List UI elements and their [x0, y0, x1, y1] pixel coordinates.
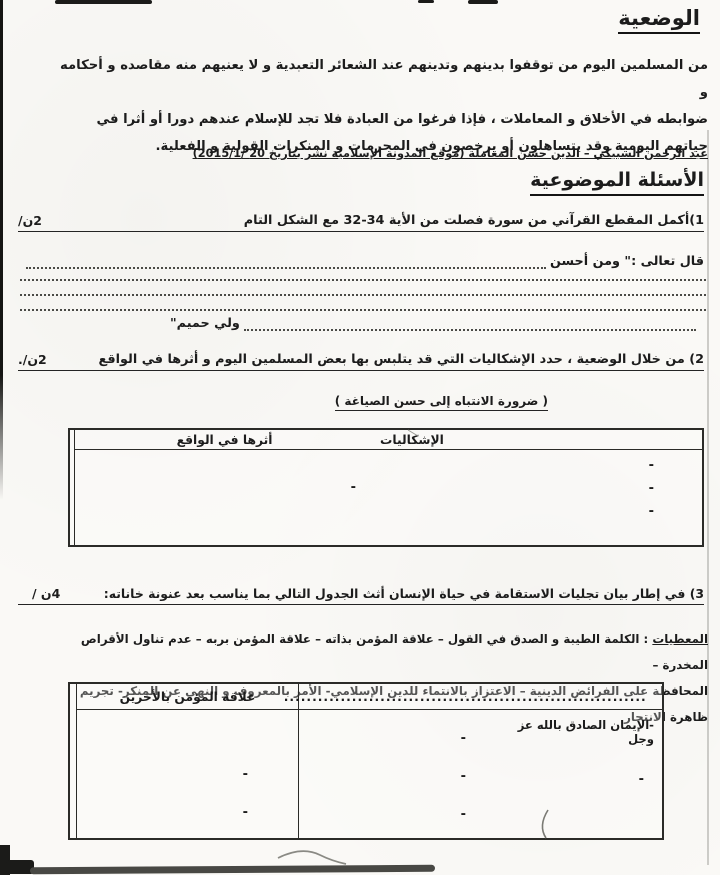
givens-text-1: : الكلمة الطيبة و الصدق في القول – علاقة…: [81, 632, 708, 672]
doc-title: الوضعية: [618, 6, 700, 34]
dash-mark: -: [374, 500, 654, 523]
question-2-score: 2ن/.: [18, 352, 47, 367]
problems-table: الإشكاليات أثرها في الواقع - - - -: [68, 428, 704, 547]
manifestations-table: .......................... .............…: [68, 682, 664, 840]
dash-mark: -: [488, 746, 654, 791]
answer-dotted-line-2: [20, 287, 706, 296]
col-middle-header-cell: ......................................: [298, 684, 484, 710]
intro-line-2: ضوابطه في الأخلاق و المعاملات ، فإذا فرغ…: [60, 106, 708, 133]
scan-fold-line-right: [707, 130, 709, 865]
source-attribution: عبد الرحمن السبيكي – الدين حسن المعاملة …: [102, 147, 708, 160]
givens-label: المعطيات: [652, 632, 708, 646]
scan-smudge-top-right: [468, 0, 498, 4]
answer-dotted-fill: [26, 254, 546, 269]
problems-header: الإشكاليات: [380, 433, 444, 447]
dash-mark: -: [374, 454, 654, 477]
answer-dotted-line-3: [20, 302, 706, 311]
dash-mark: -: [299, 796, 466, 834]
dash-mark: -: [374, 477, 654, 500]
question-1-score: 2ن/: [18, 213, 42, 228]
dash-mark: -: [299, 720, 466, 758]
problems-header-cell: الإشكاليات: [374, 430, 702, 450]
intro-paragraph: من المسلمين اليوم من توقفوا بدينهم وتدين…: [60, 52, 708, 160]
middle-body-cell: - - -: [298, 710, 484, 838]
relationship-others-header: علاقة المؤمن بالأخرين: [120, 690, 256, 704]
scanned-exam-page: الوضعية من المسلمين اليوم من توقفوا بدين…: [0, 0, 720, 875]
dotted-header-right: ..........................: [499, 690, 646, 704]
intro-line-1: من المسلمين اليوم من توقفوا بدينهم وتدين…: [60, 52, 708, 106]
question-3-row: 3) في إطار بيان تجليات الاستقامة في حياة…: [18, 586, 704, 605]
scan-smudge-top-mid: [418, 0, 434, 3]
faith-cell-text: -الإيمان الصادق بالله عز وجل: [488, 718, 654, 746]
effects-body-cell: -: [74, 450, 374, 545]
problems-body-cell: - - -: [374, 450, 702, 545]
question-1-row: 1)أكمل المقطع القرآني من سورة فصلت من ال…: [18, 213, 704, 232]
question-3-score: 4ن /: [32, 586, 60, 601]
col-left-header-cell: علاقة المؤمن بالأخرين: [76, 684, 298, 710]
question-1-text: 1)أكمل المقطع القرآني من سورة فصلت من ال…: [244, 213, 704, 228]
pen-mark-squiggle: [278, 851, 346, 864]
dash-mark: -: [75, 476, 356, 499]
faith-body-cell: -الإيمان الصادق بالله عز وجل -: [484, 710, 662, 838]
quran-quote-end: ولي حميم": [170, 316, 240, 331]
dash-mark: -: [299, 758, 466, 796]
dash-mark: -: [77, 794, 248, 832]
givens-line-1: المعطيات : الكلمة الطيبة و الصدق في القو…: [58, 626, 708, 678]
col-right-header-cell: ..........................: [484, 684, 662, 710]
quote-end-row: ولي حميم": [22, 316, 700, 331]
scan-smudge-top-left: [55, 0, 152, 4]
scan-band-bottom: [30, 865, 435, 874]
scan-edge-left: [0, 0, 3, 500]
question-3-text: 3) في إطار بيان تجليات الاستقامة في حياة…: [104, 586, 704, 601]
question-2-row: 2) من خلال الوضعية ، حدد الإشكاليات التي…: [18, 352, 704, 371]
quran-quote-start: قال تعالى :" ومن أحسن: [550, 254, 704, 269]
formulation-note: ( ضرورة الانتباه إلى حسن الصياغة ): [335, 394, 548, 411]
effects-header-cell: أثرها في الواقع: [74, 430, 374, 450]
quote-start-row: قال تعالى :" ومن أحسن: [22, 254, 704, 269]
question-2-text: 2) من خلال الوضعية ، حدد الإشكاليات التي…: [99, 352, 704, 367]
answer-dotted-fill-end: [244, 316, 696, 331]
answer-dotted-line-1: [20, 272, 706, 281]
effects-header: أثرها في الواقع: [177, 433, 273, 447]
dash-mark: -: [77, 756, 248, 794]
others-body-cell: - -: [76, 710, 298, 838]
section-heading: الأسئلة الموضوعية: [530, 169, 704, 196]
dotted-header-middle: ......................................: [284, 690, 500, 704]
